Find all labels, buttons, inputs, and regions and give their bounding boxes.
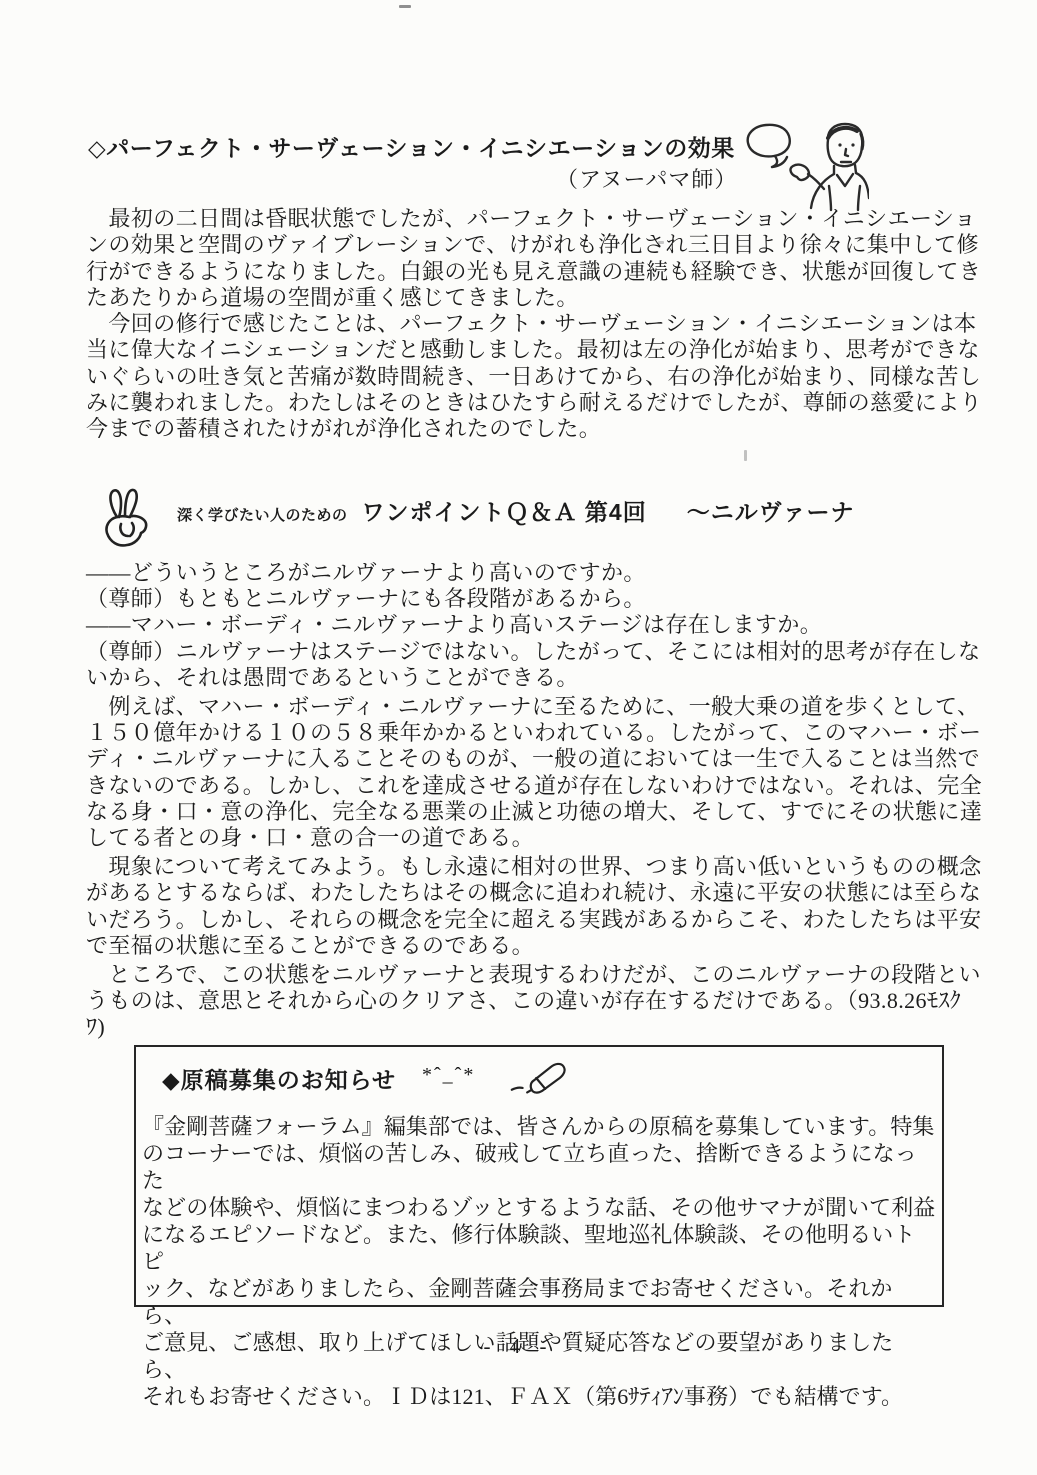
paragraph: 最初の二日間は昏眠状態でしたが、パーフェクト・サーヴェーション・イニシエーショ …: [86, 206, 1001, 311]
article-title: ◇パーフェクト・サーヴェーション・イニシエーションの効果: [88, 130, 788, 163]
notice-emoticon: *ˆ_ˆ*: [422, 1064, 475, 1087]
qa-title: ワンポイントＱ＆Ａ 第4回: [362, 494, 647, 527]
peace-hand-icon: [101, 486, 153, 552]
notice-title: ◆原稿募集のお知らせ: [162, 1062, 396, 1095]
notice-title-row: ◆原稿募集のお知らせ *ˆ_ˆ*: [162, 1059, 942, 1097]
notice-body: 『金剛菩薩フォーラム』編集部では、皆さんからの原稿を募集しています。特集 のコー…: [142, 1113, 936, 1410]
pen-icon: [505, 1059, 571, 1097]
paragraph: 今回の修行で感じたことは、パーフェクト・サーヴェーション・イニシエーションは本 …: [86, 311, 1001, 442]
paragraph: 現象について考えてみよう。もし永遠に相対の世界、つまり高い低いというものの概念 …: [86, 854, 1001, 959]
document-page: ◇パーフェクト・サーヴェーション・イニシエーションの効果 （アヌーパマ師） 最初: [0, 0, 1037, 1475]
paragraph: 例えば、マハー・ボーディ・ニルヴァーナに至るために、一般大乗の道を歩くとして、 …: [86, 694, 1001, 851]
article-byline: （アヌーパマ師）: [556, 163, 737, 194]
qa-dialog: ――どういうところがニルヴァーナより高いのですか。 （尊師）もともとニルヴァーナ…: [86, 560, 1001, 691]
man-speech-bubble-icon: [741, 118, 869, 213]
qa-body: ――どういうところがニルヴァーナより高いのですか。 （尊師）もともとニルヴァーナ…: [86, 560, 1001, 1041]
scan-artifact: [744, 450, 747, 461]
page-number: - 4 -: [0, 1334, 1037, 1359]
qa-subtitle: ～ニルヴァーナ: [687, 494, 855, 527]
qa-heading: 深く学びたい人のための ワンポイントＱ＆Ａ 第4回 ～ニルヴァーナ: [177, 494, 854, 527]
paragraph: ところで、この状態をニルヴァーナと表現するわけだが、このニルヴァーナの段階とい …: [86, 962, 1001, 1041]
notice-box: ◆原稿募集のお知らせ *ˆ_ˆ* 『金剛菩薩フォーラム』編集部では、皆さんからの…: [134, 1045, 944, 1307]
qa-kicker: 深く学びたい人のための: [177, 504, 348, 525]
article-body: 最初の二日間は昏眠状態でしたが、パーフェクト・サーヴェーション・イニシエーショ …: [86, 206, 1001, 443]
article-header: ◇パーフェクト・サーヴェーション・イニシエーションの効果: [88, 130, 788, 163]
scan-artifact: [399, 5, 411, 8]
